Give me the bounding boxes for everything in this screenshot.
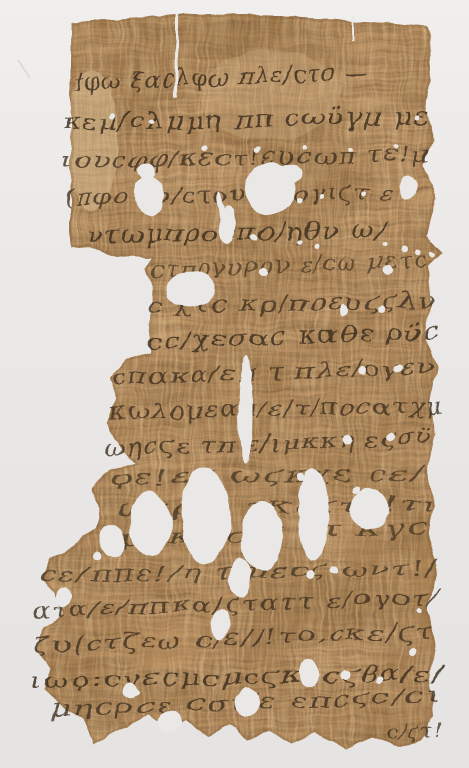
hole-crack	[351, 14, 353, 40]
hole-dot	[339, 306, 349, 316]
hole-dot	[297, 197, 303, 203]
hole-dot	[320, 196, 325, 201]
hole-dot	[361, 192, 366, 197]
hole	[99, 524, 125, 558]
hole-dot	[255, 146, 261, 152]
hole-dot	[429, 251, 435, 257]
hole-dot	[305, 570, 315, 580]
hole	[180, 469, 230, 563]
hole	[56, 587, 72, 607]
hole	[129, 490, 171, 556]
hole-dot	[376, 676, 384, 684]
background-scratch	[18, 60, 30, 78]
text-line-20: ϲ/ϛτ!	[384, 717, 443, 743]
hole	[230, 558, 252, 598]
hole-dot	[298, 239, 303, 244]
hole	[350, 489, 388, 529]
hole-dot	[302, 145, 307, 150]
hole-dot	[331, 566, 339, 574]
hole	[235, 689, 259, 717]
hole-dot	[416, 249, 422, 255]
hole-dot	[408, 646, 416, 654]
hole-dot	[340, 670, 350, 680]
hole-dot	[134, 688, 140, 694]
hole-dot	[296, 473, 304, 481]
hole	[278, 164, 302, 182]
hole-dot	[383, 267, 391, 275]
text-line-5: ντωμπροϲπο/ηθν ω/	[86, 218, 388, 249]
scan-background: ϯφω ξαϲλφω πλε/ϲτο — κεμ/ϲλμμη ππ ϲωϋγμ …	[0, 0, 469, 768]
hole	[297, 469, 329, 559]
hole	[210, 609, 230, 639]
hole-dot	[109, 113, 115, 119]
hole-dot	[348, 147, 353, 152]
hole-dot	[91, 552, 99, 560]
hole	[217, 191, 223, 219]
hole-dot	[358, 368, 366, 376]
hole-dot	[202, 147, 208, 153]
hole-crack	[176, 13, 179, 98]
hole-dot	[383, 242, 388, 247]
hole	[299, 658, 319, 688]
hole-dot	[377, 306, 385, 314]
hole	[156, 710, 184, 734]
hole-dot	[402, 245, 409, 252]
hole-dot	[351, 486, 359, 494]
hole	[398, 175, 416, 199]
hole-dot	[386, 432, 394, 440]
hole-dot	[259, 268, 267, 276]
hole	[167, 270, 215, 308]
papyrus-fragment: ϯφω ξαϲλφω πλε/ϲτο — κεμ/ϲλμμη ππ ϲωϋγμ …	[20, 0, 460, 768]
hole-dot	[394, 364, 402, 372]
hole	[135, 175, 165, 217]
hole-dot	[417, 607, 423, 613]
hole-dot	[315, 245, 320, 250]
hole-dot	[252, 235, 258, 241]
hole	[241, 502, 283, 570]
hole-dot	[342, 435, 352, 445]
hole-dot	[393, 145, 398, 150]
hole	[238, 356, 252, 464]
hole-dot	[415, 116, 420, 121]
hole-dot	[150, 119, 155, 124]
papyrus-scan: ϯφω ξαϲλφω πλε/ϲτο — κεμ/ϲλμμη ππ ϲωϋγμ …	[0, 0, 469, 768]
